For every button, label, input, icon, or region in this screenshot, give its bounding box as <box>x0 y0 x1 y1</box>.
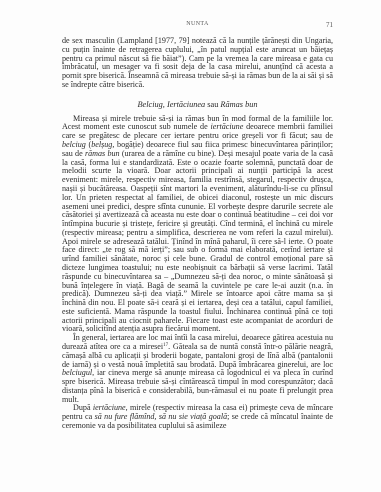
paragraph-dupa: După iertăciune, mirele (respectiv mirea… <box>62 404 333 430</box>
page-number: 71 <box>326 21 333 29</box>
italic-term: belciug <box>62 140 86 149</box>
running-title: NUNTA <box>62 21 333 27</box>
section-heading-part1: Belciug, Iertăciunea <box>137 100 205 109</box>
intro-paragraph: de sex masculin (Lampland [1977, 79] not… <box>62 37 333 90</box>
text-run: (urarea de a rămîne cu bine). Deși mesaj… <box>62 149 333 334</box>
italic-term: să nu fure flămînd, să nu sie viață goal… <box>95 412 228 421</box>
text-run: După <box>73 403 93 412</box>
italic-term: belciugul <box>62 368 92 377</box>
section-heading: Belciug, Iertăciunea sau Rămas bun <box>62 100 333 109</box>
paragraph-iertaciune: Mireasa și mirele trebuie să-și ia rămas… <box>62 115 333 335</box>
section-heading-part2: Rămas bun <box>220 100 257 109</box>
italic-term: iertăciune <box>93 403 126 412</box>
text-run: , iar cineva merge să anunțe mireasa că … <box>62 368 333 403</box>
italic-term: iertăciune <box>210 122 243 131</box>
italic-term: belșug <box>91 140 112 149</box>
italic-term: rămas bun <box>85 149 120 158</box>
book-page: NUNTA 71 de sex masculin (Lampland [1977… <box>0 0 381 492</box>
paragraph-general: În general, iertarea are loc mai întîi l… <box>62 334 333 404</box>
running-header: NUNTA 71 <box>62 21 333 30</box>
section-heading-sep: sau <box>205 100 220 109</box>
page-body: de sex masculin (Lampland [1977, 79] not… <box>62 37 333 431</box>
